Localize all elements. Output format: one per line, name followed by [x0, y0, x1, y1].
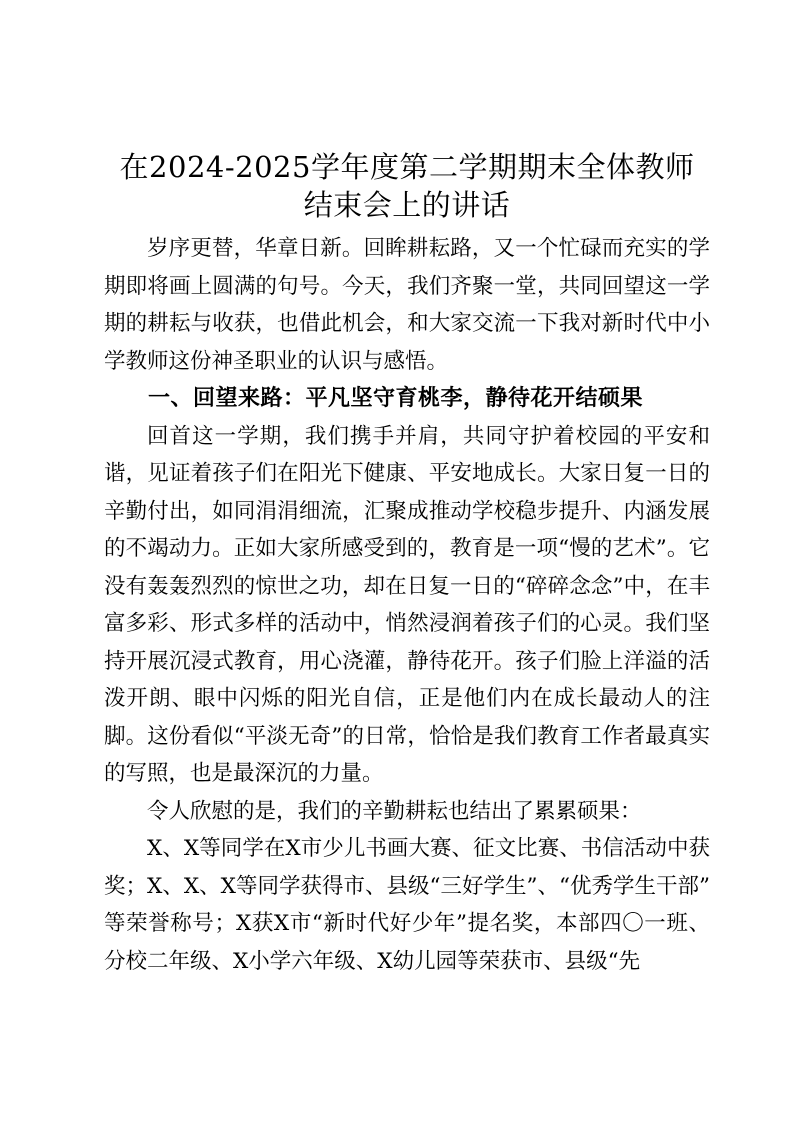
- document-page: 在2024-2025学年度第二学期期末全体教师 结束会上的讲话 岁序更替，华章日…: [0, 0, 793, 1122]
- paragraph-semester-review: 回首这一学期，我们携手并肩，共同守护着校园的平安和谐，见证着孩子们在阳光下健康、…: [104, 418, 710, 793]
- paragraph-opening: 岁序更替，华章日新。回眸耕耘路，又一个忙碌而充实的学期即将画上圆满的句号。今天，…: [104, 230, 710, 380]
- document-title-line-1: 在2024-2025学年度第二学期期末全体教师: [104, 149, 710, 187]
- document-body: 岁序更替，华章日新。回眸耕耘路，又一个忙碌而充实的学期即将画上圆满的句号。今天，…: [104, 230, 710, 980]
- document-title: 在2024-2025学年度第二学期期末全体教师 结束会上的讲话: [104, 149, 710, 224]
- section-heading-1: 一、回望来路：平凡坚守育桃李，静待花开结硕果: [104, 380, 710, 418]
- paragraph-achievements-intro: 令人欣慰的是，我们的辛勤耕耘也结出了累累硕果：: [104, 793, 710, 831]
- paragraph-achievements-list: X、X等同学在X市少儿书画大赛、征文比赛、书信活动中获奖；X、X、X等同学获得市…: [104, 830, 710, 980]
- document-title-line-2: 结束会上的讲话: [104, 187, 710, 225]
